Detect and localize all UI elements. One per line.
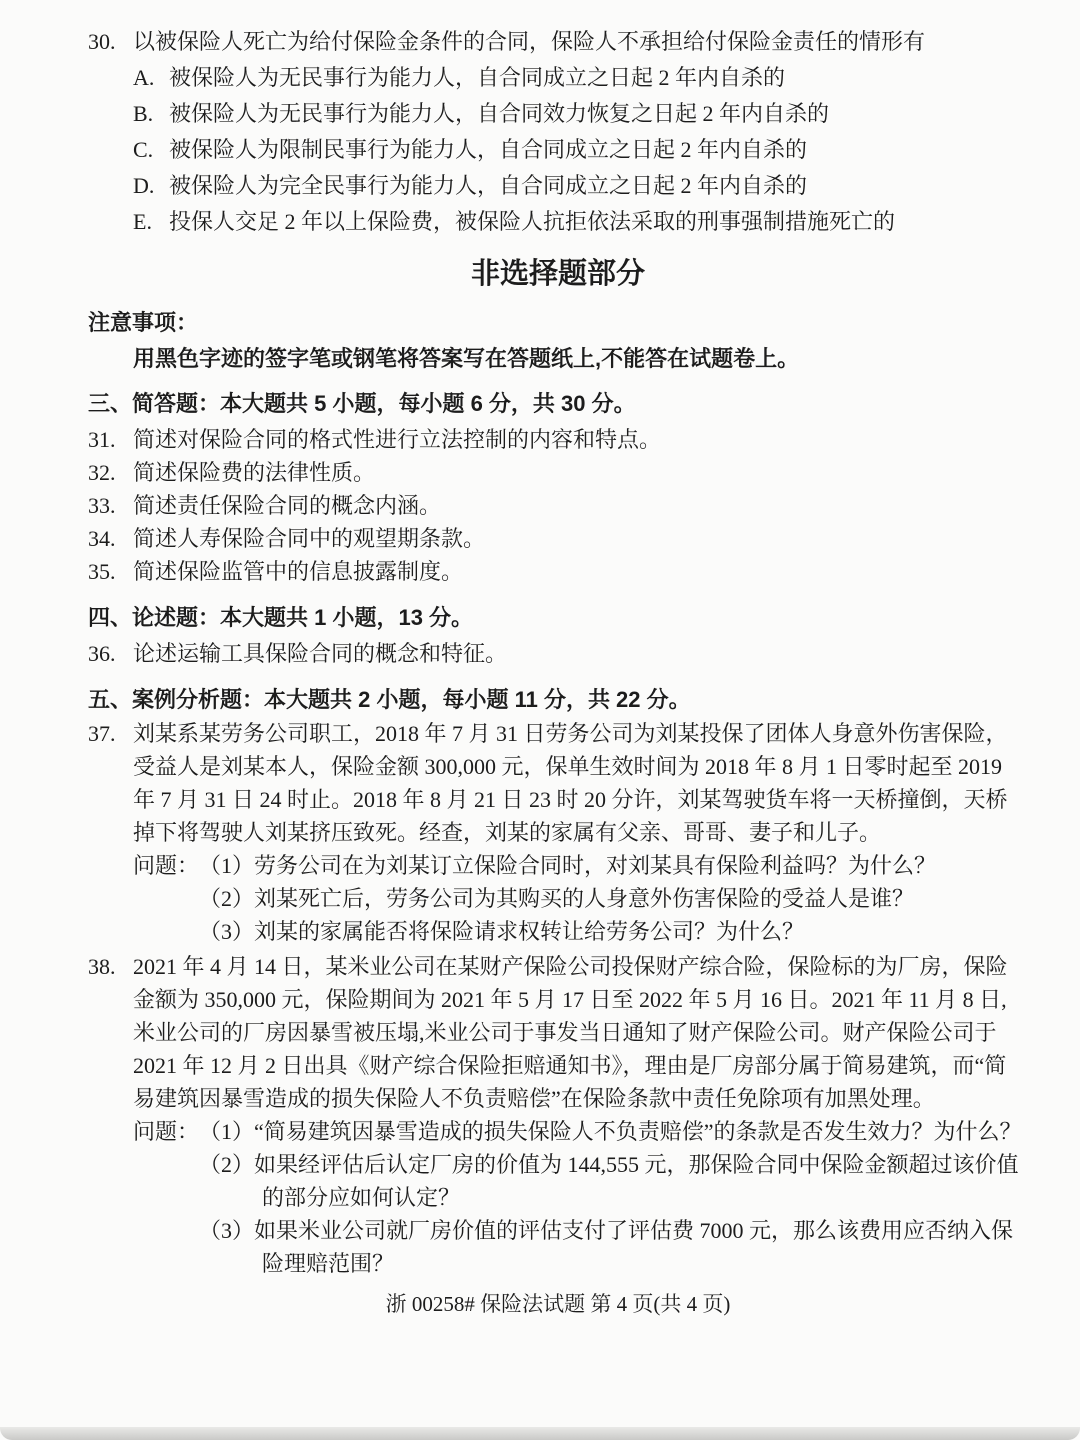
item-34-number: 34.	[88, 522, 133, 555]
option-b-text: 被保险人为无民事行为能力人，自合同效力恢复之日起 2 年内自杀的	[169, 101, 829, 126]
scan-bottom-edge	[0, 1427, 1080, 1440]
case-37-text: 刘某系某劳务公司职工，2018 年 7 月 31 日劳务公司为刘某投保了团体人身…	[133, 721, 1008, 845]
case-38-questions: 问题：（1）“简易建筑因暴雪造成的损失保险人不负责赔偿”的条款是否发生效力？为什…	[133, 1115, 1028, 1280]
item-31: 31.简述对保险合同的格式性进行立法控制的内容和特点。	[88, 423, 1028, 456]
case-37-question-1-text: （1）劳务公司在为刘某订立保险合同时，对刘某具有保险利益吗？为什么？	[199, 853, 936, 878]
item-31-number: 31.	[88, 423, 133, 456]
option-b-label: B.	[133, 96, 169, 132]
case-37-questions: 问题：（1）劳务公司在为刘某订立保险合同时，对刘某具有保险利益吗？为什么？ （2…	[133, 849, 1028, 948]
section-4-items: 36.论述运输工具保险合同的概念和特征。	[88, 637, 1028, 670]
item-34-text: 简述人寿保险合同中的观望期条款。	[133, 526, 485, 551]
case-37-number: 37.	[88, 717, 133, 750]
question-30-stem: 30.以被保险人死亡为给付保险金条件的合同，保险人不承担给付保险金责任的情形有	[88, 24, 1028, 60]
case-38-question-3: （3）如果米业公司就厂房价值的评估支付了评估费 7000 元，那么该费用应否纳入…	[199, 1214, 1028, 1280]
case-37-question-3: （3）刘某的家属能否将保险请求权转让给劳务公司？为什么？	[199, 915, 1028, 948]
option-c-text: 被保险人为限制民事行为能力人，自合同成立之日起 2 年内自杀的	[169, 137, 807, 162]
option-a-label: A.	[133, 60, 169, 96]
question-30: 30.以被保险人死亡为给付保险金条件的合同，保险人不承担给付保险金责任的情形有 …	[88, 24, 1028, 240]
item-33-text: 简述责任保险合同的概念内涵。	[133, 493, 441, 518]
case-38-question-1: 问题：（1）“简易建筑因暴雪造成的损失保险人不负责赔偿”的条款是否发生效力？为什…	[133, 1115, 1028, 1148]
option-d-label: D.	[133, 168, 169, 204]
option-a: A.被保险人为无民事行为能力人，自合同成立之日起 2 年内自杀的	[133, 60, 1028, 96]
case-38-question-2: （2）如果经评估后认定厂房的价值为 144,555 元，那保险合同中保险金额超过…	[199, 1148, 1028, 1214]
case-37-question-2: （2）刘某死亡后，劳务公司为其购买的人身意外伤害保险的受益人是谁？	[199, 882, 1028, 915]
item-36-text: 论述运输工具保险合同的概念和特征。	[133, 641, 507, 666]
item-33-number: 33.	[88, 489, 133, 522]
option-d: D.被保险人为完全民事行为能力人，自合同成立之日起 2 年内自杀的	[133, 168, 1028, 204]
section-4-header: 四、论述题：本大题共 1 小题，13 分。	[88, 603, 1028, 633]
section-3-header: 三、简答题：本大题共 5 小题，每小题 6 分，共 30 分。	[88, 389, 1028, 419]
item-35-text: 简述保险监管中的信息披露制度。	[133, 559, 463, 584]
notice-title: 注意事项：	[88, 308, 1028, 338]
option-d-text: 被保险人为完全民事行为能力人，自合同成立之日起 2 年内自杀的	[169, 173, 807, 198]
item-31-text: 简述对保险合同的格式性进行立法控制的内容和特点。	[133, 427, 661, 452]
exam-page: 30.以被保险人死亡为给付保险金条件的合同，保险人不承担给付保险金责任的情形有 …	[0, 0, 1080, 1318]
case-37-body: 37.刘某系某劳务公司职工，2018 年 7 月 31 日劳务公司为刘某投保了团…	[88, 717, 1028, 849]
option-e-text: 投保人交足 2 年以上保险费，被保险人抗拒依法采取的刑事强制措施死亡的	[169, 209, 895, 234]
part-title: 非选择题部分	[88, 254, 1028, 294]
case-38-body: 38.2021 年 4 月 14 日，某米业公司在某财产保险公司投保财产综合险，…	[88, 950, 1028, 1115]
case-37: 37.刘某系某劳务公司职工，2018 年 7 月 31 日劳务公司为刘某投保了团…	[88, 717, 1028, 948]
question-number: 30.	[88, 24, 133, 60]
option-c-label: C.	[133, 132, 169, 168]
case-38: 38.2021 年 4 月 14 日，某米业公司在某财产保险公司投保财产综合险，…	[88, 950, 1028, 1280]
option-b: B.被保险人为无民事行为能力人，自合同效力恢复之日起 2 年内自杀的	[133, 96, 1028, 132]
case-38-text: 2021 年 4 月 14 日，某米业公司在某财产保险公司投保财产综合险，保险标…	[133, 954, 1008, 1111]
item-32: 32.简述保险费的法律性质。	[88, 456, 1028, 489]
item-36-number: 36.	[88, 637, 133, 670]
case-38-question-1-text: （1）“简易建筑因暴雪造成的损失保险人不负责赔偿”的条款是否发生效力？为什么？	[199, 1119, 1022, 1144]
item-34: 34.简述人寿保险合同中的观望期条款。	[88, 522, 1028, 555]
questions-label: 问题：	[133, 1115, 199, 1148]
item-33: 33.简述责任保险合同的概念内涵。	[88, 489, 1028, 522]
option-e: E.投保人交足 2 年以上保险费，被保险人抗拒依法采取的刑事强制措施死亡的	[133, 204, 1028, 240]
section-5-header: 五、案例分析题：本大题共 2 小题，每小题 11 分，共 22 分。	[88, 685, 1028, 715]
question-text: 以被保险人死亡为给付保险金条件的合同，保险人不承担给付保险金责任的情形有	[133, 29, 925, 54]
item-35-number: 35.	[88, 555, 133, 588]
option-a-text: 被保险人为无民事行为能力人，自合同成立之日起 2 年内自杀的	[169, 65, 785, 90]
item-32-text: 简述保险费的法律性质。	[133, 460, 375, 485]
questions-label: 问题：	[133, 849, 199, 882]
page-footer: 浙 00258# 保险法试题 第 4 页(共 4 页)	[88, 1290, 1028, 1318]
case-38-number: 38.	[88, 950, 133, 983]
case-37-question-1: 问题：（1）劳务公司在为刘某订立保险合同时，对刘某具有保险利益吗？为什么？	[133, 849, 1028, 882]
item-35: 35.简述保险监管中的信息披露制度。	[88, 555, 1028, 588]
option-c: C.被保险人为限制民事行为能力人，自合同成立之日起 2 年内自杀的	[133, 132, 1028, 168]
item-32-number: 32.	[88, 456, 133, 489]
notice-body: 用黑色字迹的签字笔或钢笔将答案写在答题纸上,不能答在试题卷上。	[133, 344, 1028, 374]
option-e-label: E.	[133, 204, 169, 240]
section-3-items: 31.简述对保险合同的格式性进行立法控制的内容和特点。 32.简述保险费的法律性…	[88, 423, 1028, 588]
item-36: 36.论述运输工具保险合同的概念和特征。	[88, 637, 1028, 670]
